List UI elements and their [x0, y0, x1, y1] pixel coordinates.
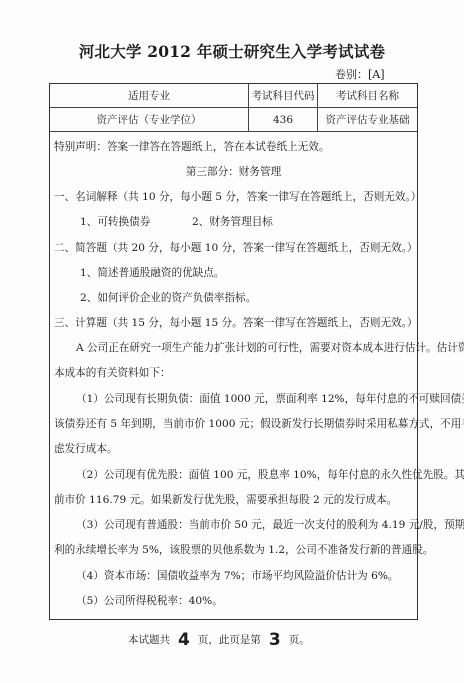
- cell-subject-code: 436: [249, 108, 318, 132]
- table-header-row: 适用专业 考试科目代码 考试科目名称: [50, 84, 417, 108]
- problem-line: （3）公司现有普通股：当前市价 50 元，最近一次支付的股利为 4.19 元/股…: [76, 517, 464, 532]
- part-title: 第三部分：财务管理: [54, 164, 413, 179]
- problem-line: 利的永续增长率为 5%，该股票的贝他系数为 1.2，公司不准备发行新的普通股。: [54, 542, 433, 557]
- current-page: 3: [269, 630, 281, 650]
- header-major: 适用专业: [50, 84, 249, 108]
- exam-info-table: 适用专业 考试科目代码 考试科目名称 资产评估（专业学位） 436 资产评估专业…: [50, 84, 417, 132]
- problem-line: 虑发行成本。: [54, 441, 118, 456]
- header-subject-code: 考试科目代码: [249, 84, 318, 108]
- footer-middle: 页，此页是第: [198, 634, 261, 646]
- section-2-item-2: 2、如何评价企业的资产负债率指标。: [80, 290, 256, 305]
- problem-line: 本成本的有关资料如下：: [54, 365, 171, 380]
- section-1-item-2: 2、财务管理目标: [192, 214, 273, 229]
- exam-frame: 适用专业 考试科目代码 考试科目名称 资产评估（专业学位） 436 资产评估专业…: [49, 83, 418, 620]
- exam-title: 河北大学 2012 年硕士研究生入学考试试卷: [0, 40, 464, 62]
- total-pages: 4: [178, 630, 190, 650]
- problem-line: 前市价 116.79 元。如果新发行优先股，需要承担每股 2 元的发行成本。: [54, 492, 397, 507]
- special-notice: 特别声明：答案一律答在答题纸上，答在本试卷纸上无效。: [54, 139, 329, 154]
- cell-subject-name: 资产评估专业基础: [318, 108, 418, 132]
- section-2-heading: 二、简答题（共 20 分，每小题 10 分，答案一律写在答题纸上，否则无效。）: [54, 240, 418, 255]
- section-2-item-1: 1、简述普通股融资的优缺点。: [80, 265, 224, 280]
- problem-line: （2）公司现有优先股：面值 100 元，股息率 10%，每年付息的永久性优先股。…: [76, 467, 464, 482]
- problem-line: （4）资本市场：国债收益率为 7%；市场平均风险溢价估计为 6%。: [76, 568, 399, 583]
- problem-line: （1）公司现有长期负债：面值 1000 元，票面利率 12%，每年付息的不可赎回…: [76, 391, 464, 406]
- footer-prefix: 本试题共: [128, 634, 170, 646]
- header-subject-name: 考试科目名称: [318, 84, 418, 108]
- paper-type-label: 卷别：[A]: [335, 66, 385, 82]
- page-footer: 本试题共4页，此页是第3页。: [128, 628, 310, 648]
- problem-line: 该债券还有 5 年到期，当前市价 1000 元；假设新发行长期债券时采用私募方式…: [54, 416, 464, 431]
- section-3-heading: 三、计算题（共 15 分，每小题 15 分。答案一律写在答题纸上，否则无效。）: [54, 315, 418, 330]
- section-1-item-1: 1、可转换债券: [80, 214, 150, 229]
- problem-line: （5）公司所得税税率：40%。: [76, 593, 223, 608]
- footer-suffix: 页。: [289, 634, 310, 646]
- problem-line: A 公司正在研究一项生产能力扩张计划的可行性，需要对资本成本进行估计。估计资: [76, 340, 464, 355]
- section-1-heading: 一、名词解释（共 10 分，每小题 5 分，答案一律写在答题纸上，否则无效。）: [54, 189, 421, 204]
- table-row: 资产评估（专业学位） 436 资产评估专业基础: [50, 108, 417, 132]
- cell-major: 资产评估（专业学位）: [50, 108, 249, 132]
